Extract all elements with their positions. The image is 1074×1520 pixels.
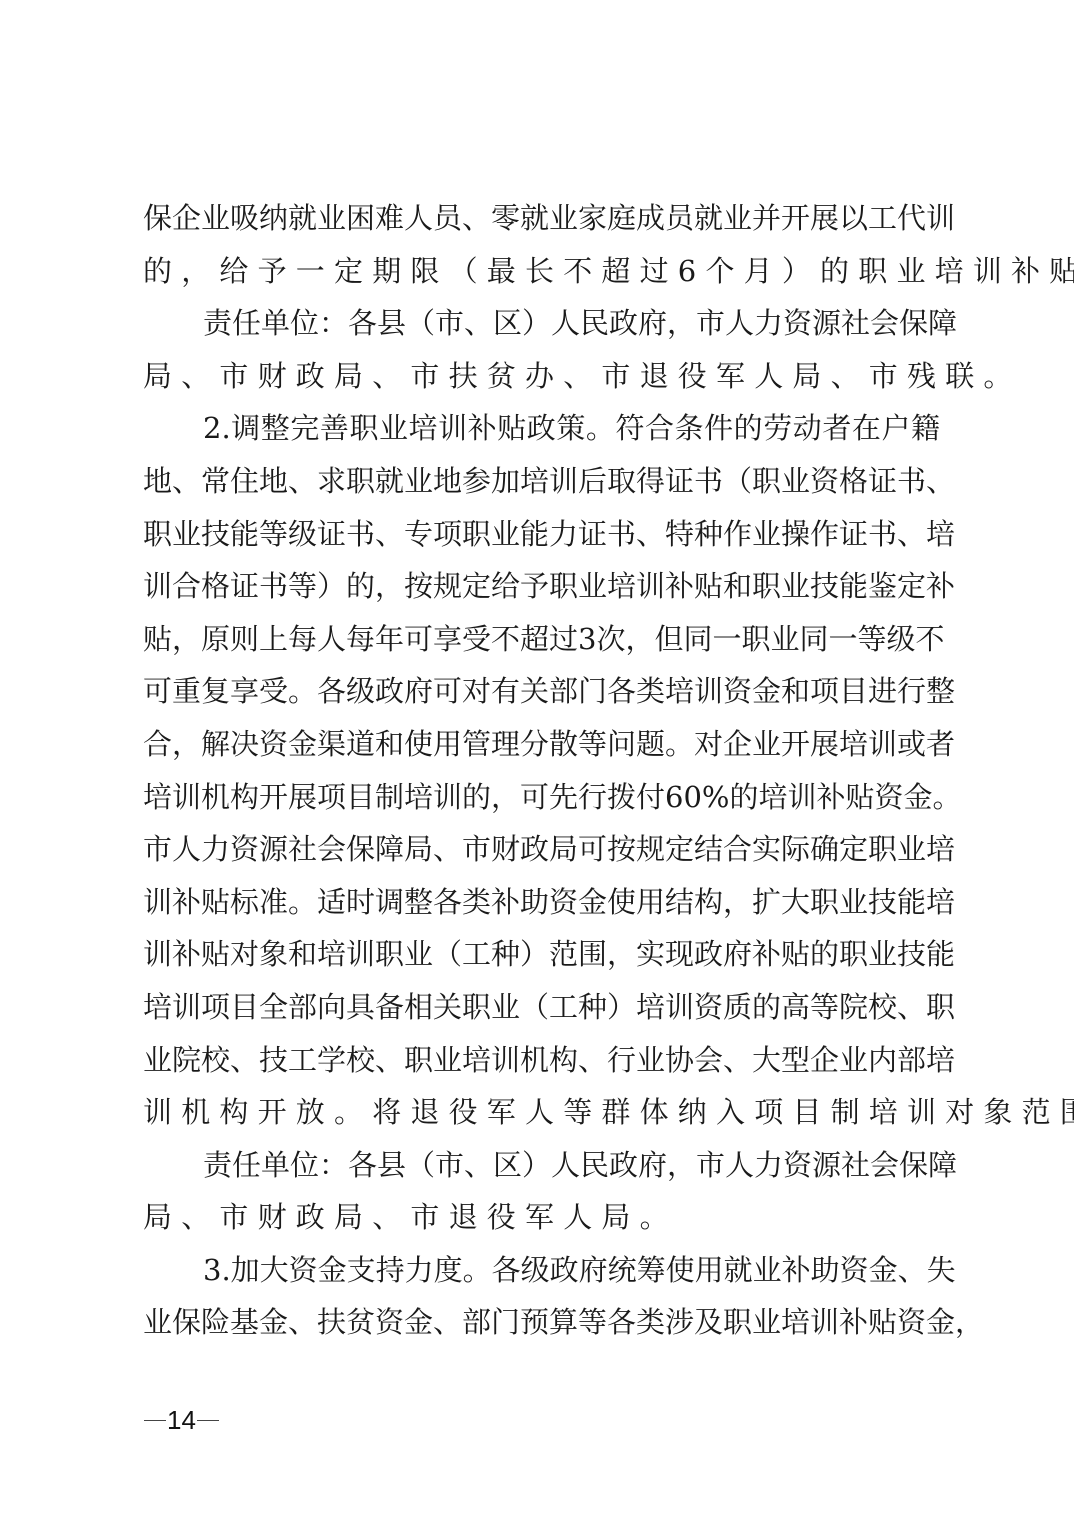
section-heading-line: 3.加大资金支持力度。各级政府统筹使用就业补助资金、失 — [143, 1248, 940, 1301]
responsibility-line: 责任单位：各县（市、区）人民政府，市人力资源社会保障 — [143, 1143, 940, 1196]
text-line: 合，解决资金渠道和使用管理分散等问题。对企业开展培训或者 — [143, 722, 940, 775]
section-heading-line: 2.调整完善职业培训补贴政策。符合条件的劳动者在户籍 — [143, 406, 940, 459]
text-line: 训合格证书等）的，按规定给予职业培训补贴和职业技能鉴定补 — [143, 564, 940, 617]
body-text: 保企业吸纳就业困难人员、零就业家庭成员就业并开展以工代训 的，给予一定期限（最长… — [143, 196, 940, 1353]
text-line: 职业技能等级证书、专项职业能力证书、特种作业操作证书、培 — [143, 512, 940, 565]
text-line: 培训项目全部向具备相关职业（工种）培训资质的高等院校、职 — [143, 985, 940, 1038]
text-line: 地、常住地、求职就业地参加培训后取得证书（职业资格证书、 — [143, 459, 940, 512]
text-line: 可重复享受。各级政府可对有关部门各类培训资金和项目进行整 — [143, 669, 940, 722]
responsibility-line: 责任单位：各县（市、区）人民政府，市人力资源社会保障 — [143, 301, 940, 354]
text-line: 保企业吸纳就业困难人员、零就业家庭成员就业并开展以工代训 — [143, 196, 940, 249]
page-number: 14 — [143, 1405, 220, 1436]
text-line: 训补贴标准。适时调整各类补助资金使用结构，扩大职业技能培 — [143, 880, 940, 933]
dash-left — [144, 1420, 166, 1422]
dash-right — [197, 1420, 219, 1422]
text-line: 局、市财政局、市扶贫办、市退役军人局、市残联。 — [143, 354, 940, 407]
text-line: 训补贴对象和培训职业（工种）范围，实现政府补贴的职业技能 — [143, 932, 940, 985]
text-line: 局、市财政局、市退役军人局。 — [143, 1195, 940, 1248]
text-line: 业保险基金、扶贫资金、部门预算等各类涉及职业培训补贴资金， — [143, 1300, 940, 1353]
text-line: 培训机构开展项目制培训的，可先行拨付60%的培训补贴资金。 — [143, 775, 940, 828]
text-line: 贴，原则上每人每年可享受不超过3次，但同一职业同一等级不 — [143, 617, 940, 670]
page-number-value: 14 — [167, 1405, 196, 1436]
text-line: 的，给予一定期限（最长不超过6个月）的职业培训补贴。 — [143, 249, 940, 302]
text-line: 训机构开放。将退役军人等群体纳入项目制培训对象范围。 — [143, 1090, 940, 1143]
document-page: 保企业吸纳就业困难人员、零就业家庭成员就业并开展以工代训 的，给予一定期限（最长… — [0, 0, 1074, 1520]
text-line: 业院校、技工学校、职业培训机构、行业协会、大型企业内部培 — [143, 1038, 940, 1091]
text-line: 市人力资源社会保障局、市财政局可按规定结合实际确定职业培 — [143, 827, 940, 880]
